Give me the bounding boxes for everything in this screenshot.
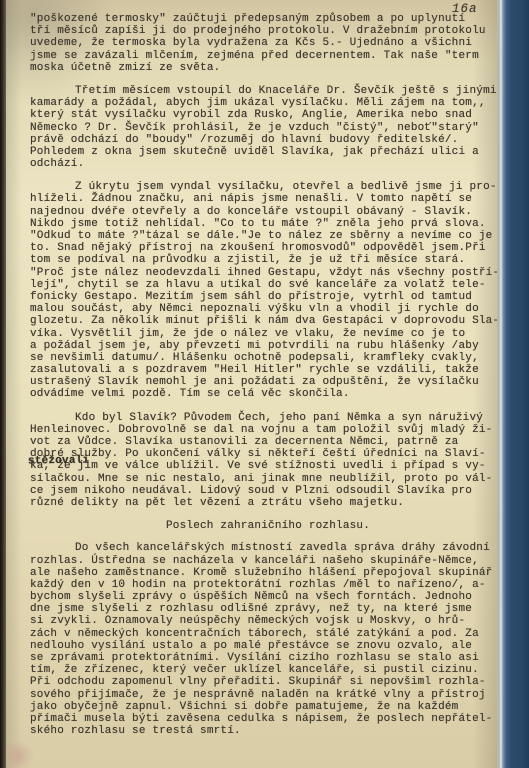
text-line: právě odchází do "boudy" /rozuměj do hla… [30, 134, 494, 146]
text-line: malou součást, aby Němci nepoznali výšku… [30, 303, 494, 315]
text-line: přímači musela býti zavěsena cedulka s n… [30, 713, 494, 725]
text-line: ale našeho zaměstnance. Kromě služebního… [30, 567, 494, 579]
text-line: se nevšimli datumu/. Hlášenku ochotně po… [30, 352, 494, 364]
text-line: sového přijímače, že je nesprávně naladě… [30, 689, 494, 701]
text-line: dne jsme slyšeli z rozhlasu odlišné zprá… [30, 603, 494, 615]
paper-sheet: 16a "poškozené termosky" zaúčtuji předep… [6, 0, 497, 768]
text-line: jsme se zavázali mlčením, zejména před d… [30, 50, 494, 62]
text-line: víka. Vysvětlil jim, že jde o nález ve v… [30, 328, 494, 340]
text-line: lejí", chytil se za hlavu a utíkal do sv… [30, 279, 494, 291]
text-line: ského rozhlasu se trestá smrtí. [30, 725, 494, 737]
text-line: odchází. [30, 158, 494, 170]
text-line: zasalutovali a s pozdravem "Heil Hitler"… [30, 364, 494, 376]
typewritten-text-column: "poškozené termosky" zaúčtuji předepsaný… [30, 13, 494, 748]
text-line: Pohledem z okna jsem skutečně uviděl Sla… [30, 146, 494, 158]
paragraph: Do všech kancelářských místností zavedla… [30, 542, 494, 737]
text-line: "poškozené termosky" zaúčtuji předepsaný… [30, 13, 494, 25]
text-line: Do všech kancelářských místností zavedla… [30, 542, 494, 554]
book-binding-edge [497, 0, 529, 768]
text-line: to. Snad nějaký přístroj na zkoušení hro… [30, 242, 494, 254]
text-line: moska účetně zmizí ze světa. [30, 62, 494, 74]
text-line: bychom slyšeli zprávy o úspěších Němců n… [30, 591, 494, 603]
text-line: odvádíme velmi pozdě. Tím se celá věc sk… [30, 388, 494, 400]
text-line: zách v německých koncentračních táborech… [30, 628, 494, 640]
text-line: kamarády a požádal, abych jim ukázal vys… [30, 97, 494, 109]
text-line: ce jsem nikoho neudával. Lidový soud v P… [30, 485, 494, 497]
text-line: který stát vysílačku vyrobil zda Rusko, … [30, 109, 494, 121]
text-line: glozetu. Za několik minut přišli k nám d… [30, 315, 494, 327]
text-line: různé delikty na pět let vězení a ztrátu… [30, 497, 494, 509]
text-line: jako obyčejně zapnul. Všichni si dobře p… [30, 701, 494, 713]
text-line: se zprávami protektorátními. Vysílání ci… [30, 652, 494, 664]
text-line: uvedeme, že termoska byla vydražena za K… [30, 37, 494, 49]
paragraph: Třetím měsícem vstoupil do Knaceláře Dr.… [30, 85, 494, 170]
text-line: ka, že jim ve válce ublížil. Ve své stíž… [30, 460, 494, 472]
text-line: Z úkrytu jsem vyndal vysílačku, otevřel … [30, 181, 494, 193]
overtyped-correction: stěžovali [28, 454, 89, 467]
text-line: Německo ? Dr. Ševčík prohlásil, že je vz… [30, 122, 494, 134]
section-heading: Poslech zahraničního rozhlasu. [166, 520, 494, 532]
text-line: tří měsíců zapíši ji do prodejného proto… [30, 25, 494, 37]
text-line: rozhlas. Ústředna se nacházela v kancelá… [30, 555, 494, 567]
text-line: ustrašený Slavík nemohl je ani požádati … [30, 376, 494, 388]
text-line: vot za Vůdce. Slavíka ustanovili za dece… [30, 436, 494, 448]
scanned-document-page: 16a "poškozené termosky" zaúčtuji předep… [0, 0, 529, 768]
text-line: si zvykli. Oznamovaly neúspěchy německýc… [30, 615, 494, 627]
text-line: sílačkou. Mne se nic nestalo, ani jinak … [30, 473, 494, 485]
paragraph: Kdo byl Slavík? Původem Čech, jeho paní … [30, 412, 494, 510]
text-line: "Odkud to máte ?"tázal se dále."Je to ná… [30, 230, 494, 242]
text-line: Nikdo jsme totiž nehlídal. "Co to tu mát… [30, 218, 494, 230]
text-line: najednou dvéře otevřely a do konceláře v… [30, 206, 494, 218]
text-line: každý den v 10 hodin na protektorátní ro… [30, 579, 494, 591]
paragraph: "poškozené termosky" zaúčtuji předepsaný… [30, 13, 494, 74]
text-line: dobré služby. Po ukončení války si někte… [30, 448, 494, 460]
text-line: "Proč jste nález neodevzdali ihned Gesta… [30, 267, 494, 279]
text-line: tom se podíval na průvodku a zjistil, že… [30, 254, 494, 266]
text-line: Kdo byl Slavík? Původem Čech, jeho paní … [30, 412, 494, 424]
text-line: fonicky Gestapo. Mezitím jsem sáhl do př… [30, 291, 494, 303]
text-line: Při odchodu zapomenul vlny přeřaditi. Sk… [30, 676, 494, 688]
text-line: nedlouho vysílání ustalo a po malé přest… [30, 640, 494, 652]
text-line: a požádal jsem je, aby převzetí mi potvr… [30, 340, 494, 352]
text-line: Třetím měsícem vstoupil do Knaceláře Dr.… [30, 85, 494, 97]
text-line: Henleinovec. Dobrovolně se dal na vojnu … [30, 424, 494, 436]
text-line: hlíželi. Žádnou značku, ani nápis jsme n… [30, 193, 494, 205]
text-line: tím, že zřízenec, který večer uklízel ka… [30, 664, 494, 676]
paragraph: Z úkrytu jsem vyndal vysílačku, otevřel … [30, 181, 494, 400]
